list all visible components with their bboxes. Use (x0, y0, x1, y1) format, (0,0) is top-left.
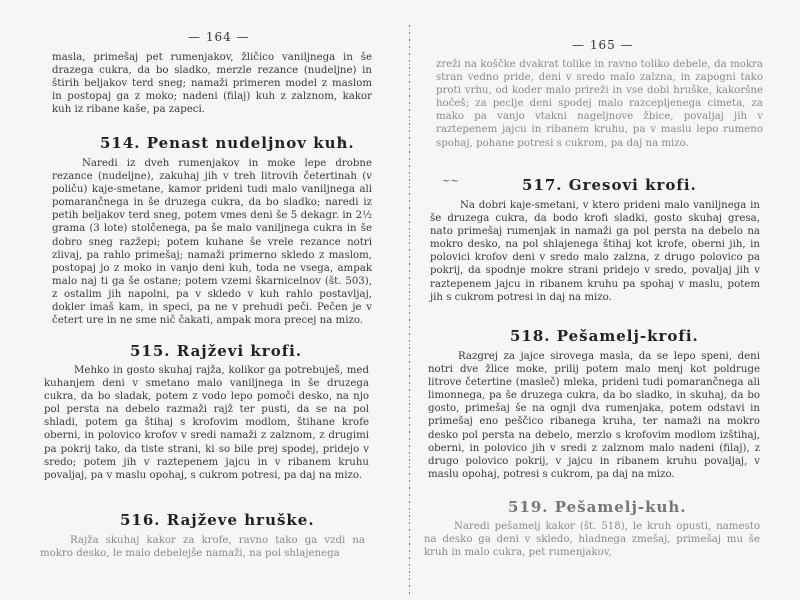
margin-mark: ᵴ (340, 136, 344, 147)
recipe-body-519: Naredi pešamelj kakor (št. 518), le kruh… (424, 520, 760, 559)
recipe-body-518: Razgrej za jajce sirovega masla, da se l… (428, 350, 760, 481)
recipe-body-514: Naredi iz dveh rumenjakov in moke lepe d… (52, 157, 372, 327)
recipe-title-519: 519. Pešamelj-kuh. (508, 498, 687, 516)
left-page: — 164 — masla, primešaj pet rumenjakov, … (0, 0, 400, 600)
recipe-body-515: Mehko in gosto skuhaj rajža, kolikor ga … (44, 364, 369, 482)
intro-paragraph-left: masla, primešaj pet rumenjakov, žličico … (52, 51, 372, 116)
recipe-title-514: 514. Penast nudeljnov kuh. (100, 134, 355, 152)
recipe-title-517: 517. Gresovi krofi. (522, 176, 697, 194)
intro-paragraph-right: zreži na koščke dvakrat tolike in ravno … (436, 58, 763, 150)
recipe-body-516: Rajža skuhaj kakor za krofe, ravno tako … (40, 534, 365, 560)
recipe-title-518: 518. Pešamelj-krofi. (510, 327, 699, 345)
recipe-body-517: Na dobri kaje-smetani, v ktero prideni m… (430, 199, 760, 304)
recipe-title-516: 516. Rajževe hruške. (120, 511, 315, 529)
page-number-left: — 164 — (188, 30, 250, 44)
right-page: — 165 — zreži na koščke dvakrat tolike i… (400, 0, 800, 600)
margin-dash: ~~ (442, 176, 459, 187)
page-number-right: — 165 — (572, 38, 634, 52)
recipe-title-515: 515. Rajževi krofi. (130, 342, 302, 360)
